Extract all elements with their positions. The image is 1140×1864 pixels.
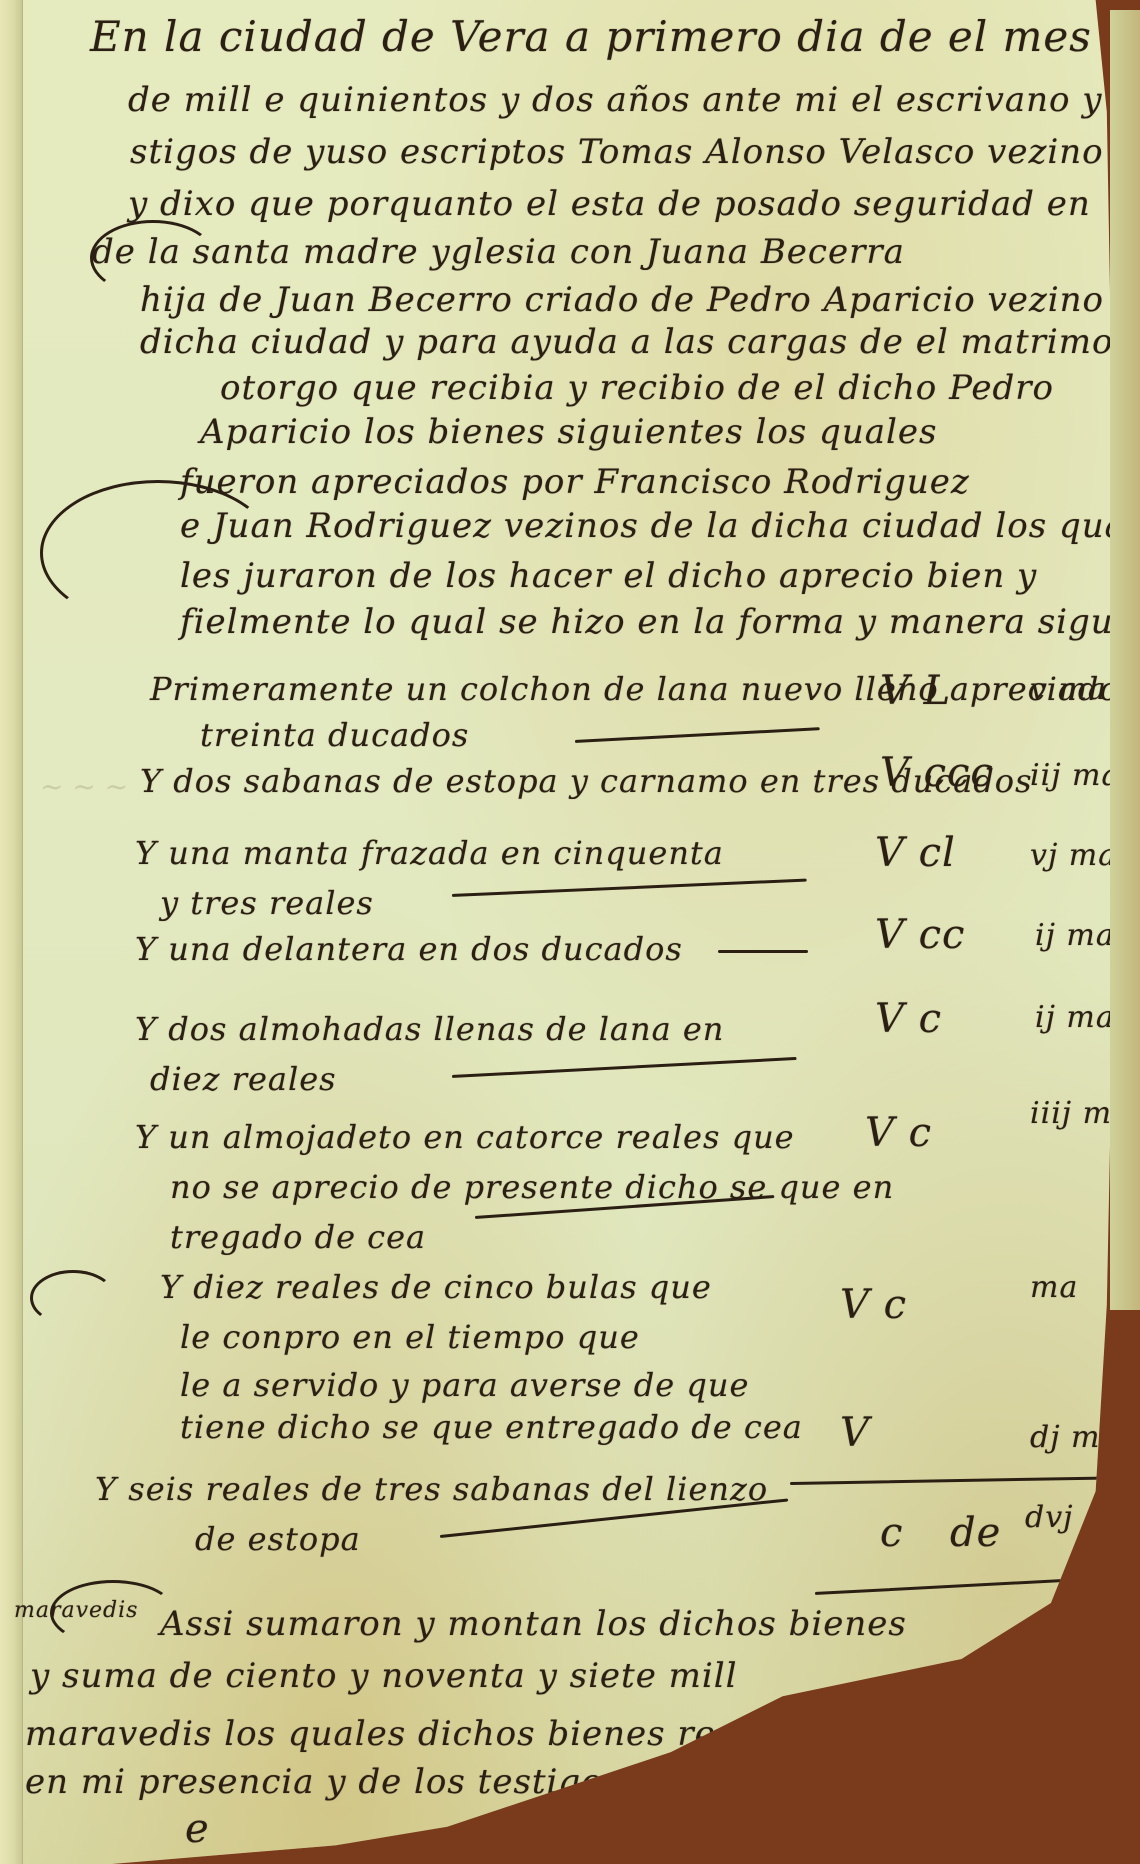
item-amount: V c [865,1110,932,1156]
item-amount: V L [880,668,951,714]
item-description: Primeramente un colchon de lana nuevo ll… [150,670,1140,708]
item-description-cont: y tres reales [160,884,374,922]
item-amount-maravedis: vj ma [1030,838,1117,873]
footer-line: maravedis los quales dichos bienes recib… [25,1714,804,1754]
item-description: Y una manta frazada en cinquenta [135,834,724,872]
item-description-cont: treinta ducados [200,716,469,754]
preamble-line: hija de Juan Becerro criado de Pedro Apa… [140,280,1140,320]
bleed-through-text: ~ ~ ~ [40,770,128,803]
preamble-line: fielmente lo qual se hizo en la forma y … [180,602,1140,642]
preamble-line: les juraron de los hacer el dicho apreci… [180,556,1037,596]
decorative-flourish [30,1270,116,1326]
item-description-cont: no se aprecio de presente dicho se que e… [170,1168,894,1206]
item-description-cont: diez reales [150,1060,337,1098]
preamble-line: y dixo que porquanto el esta de posado s… [128,184,1091,224]
subtotal-value: de [950,1510,1001,1556]
footer-line: en mi presencia y de los testigos desta … [25,1762,838,1802]
subtotal-rule [815,1577,1105,1595]
page-edge [1110,10,1140,1310]
preamble-line: stigos de yuso escriptos Tomas Alonso Ve… [130,132,1140,172]
item-amount-maravedis: ma [1030,1270,1078,1305]
line-filler-rule [718,950,808,953]
line-filler-rule [452,1057,797,1078]
preamble-line: dicha ciudad y para ayuda a las cargas d… [140,322,1140,362]
decorative-flourish [40,480,276,626]
item-amount-maravedis: dj ma [1030,1420,1119,1455]
item-amount-maravedis: iij ma [1030,758,1120,793]
item-description: Y un almojadeto en catorce reales que [135,1118,795,1156]
binding-edge [0,0,23,1864]
closing-mark: e [185,1806,210,1852]
preamble-line: otorgo que recibia y recibio de el dicho… [220,368,1054,408]
item-description-cont: de estopa [195,1520,361,1558]
item-description: Y dos almohadas llenas de lana en [135,1010,724,1048]
preamble-line: de mill e quinientos y dos años ante mi … [128,80,1140,120]
preamble-line: En la ciudad de Vera a primero dia de el… [90,12,1140,61]
manuscript-page: ~ ~ ~ En la ciudad de Vera a primero dia… [0,0,1118,1864]
subtotal-rule [790,1476,1120,1485]
preamble-line: Aparicio los bienes siguientes los quale… [200,412,937,452]
footer-line: Assi sumaron y montan los dichos bienes [160,1604,907,1644]
item-amount: V c [840,1282,907,1328]
item-description-cont: le a servido y para averse de que [180,1366,749,1404]
footer-line: y suma de ciento y noventa y siete mill [30,1656,738,1696]
item-description-cont: tiene dicho se que entregado de cea [180,1408,803,1446]
item-description-cont: tregado de cea [170,1218,426,1256]
decorative-flourish [50,1580,176,1646]
line-filler-rule [452,879,807,897]
item-description-cont: le conpro en el tiempo que [180,1318,640,1356]
decorative-flourish [90,220,216,296]
line-filler-rule [575,727,820,743]
preamble-line: fueron apreciados por Francisco Rodrigue… [180,462,970,502]
subtotal-maravedis: dvj [1025,1500,1073,1535]
item-amount-maravedis: ij ma [1035,918,1115,953]
subtotal-label: c [880,1510,903,1556]
item-amount: V c [875,996,942,1042]
item-description: Y diez reales de cinco bulas que [160,1268,712,1306]
item-amount: V cl [875,830,956,876]
item-amount: V cc [875,912,965,958]
item-description: Y una delantera en dos ducados [135,930,683,968]
item-description: Y seis reales de tres sabanas del lienzo [95,1470,768,1508]
preamble-line: e Juan Rodriguez vezinos de la dicha ciu… [180,506,1140,546]
item-amount: V [840,1410,870,1456]
item-amount-maravedis: ij ma [1035,1000,1115,1035]
item-amount-maravedis: v ma [1030,672,1107,707]
item-amount: V ccc [880,750,994,796]
